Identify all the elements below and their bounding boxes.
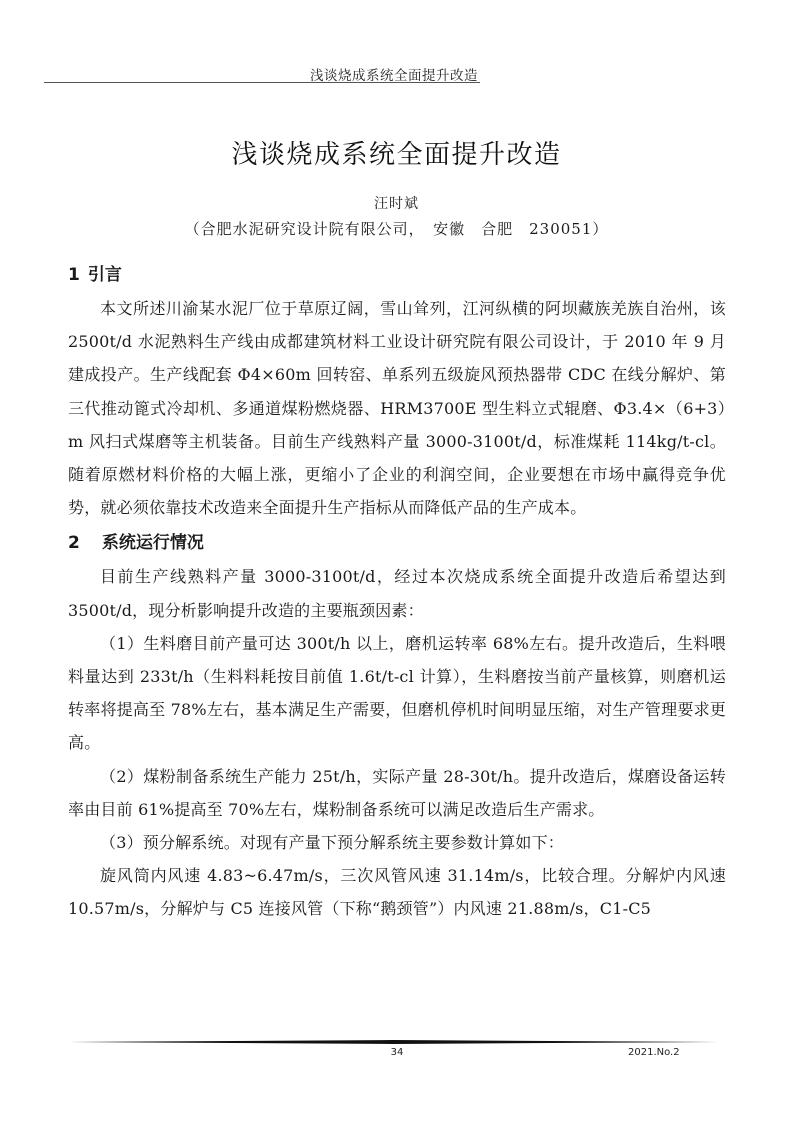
running-header: 浅谈烧成系统全面提升改造	[176, 64, 612, 84]
section-heading-2: 2系统运行情况	[68, 526, 726, 560]
section-number: 2	[68, 526, 80, 560]
page-title: 浅谈烧成系统全面提升改造	[0, 134, 793, 171]
paragraph: （3）预分解系统。对现有产量下预分解系统主要参数计算如下：	[68, 826, 726, 859]
article-body: 1引言 本文所述川渝某水泥厂位于草原辽阔，雪山耸列，江河纵横的阿坝藏族羌族自治州…	[68, 258, 726, 926]
section-heading-1: 1引言	[68, 258, 726, 292]
paragraph: 旋风筒内风速 4.83~6.47m/s，三次风管风速 31.14m/s，比较合理…	[68, 859, 726, 925]
paragraph: （1）生料磨目前产量可达 300t/h 以上，磨机运转率 68%左右。提升改造后…	[68, 627, 726, 760]
header-rule	[44, 82, 480, 83]
section-title: 引言	[88, 265, 122, 285]
paragraph: （2）煤粉制备系统生产能力 25t/h，实际产量 28-30t/h。提升改造后，…	[68, 760, 726, 826]
issue-label: 2021.No.2	[628, 1047, 680, 1058]
author: 汪时斌	[0, 193, 793, 213]
paragraph: 本文所述川渝某水泥厂位于草原辽阔，雪山耸列，江河纵横的阿坝藏族羌族自治州，该 2…	[68, 292, 726, 524]
page-number: 34	[380, 1047, 414, 1058]
affiliation: （合肥水泥研究设计院有限公司， 安徽 合肥 230051）	[0, 218, 793, 239]
paragraph: 目前生产线熟料产量 3000-3100t/d，经过本次烧成系统全面提升改造后希望…	[68, 560, 726, 626]
footer-rule	[68, 1040, 719, 1044]
section-number: 1	[68, 258, 80, 292]
section-title: 系统运行情况	[102, 533, 204, 553]
